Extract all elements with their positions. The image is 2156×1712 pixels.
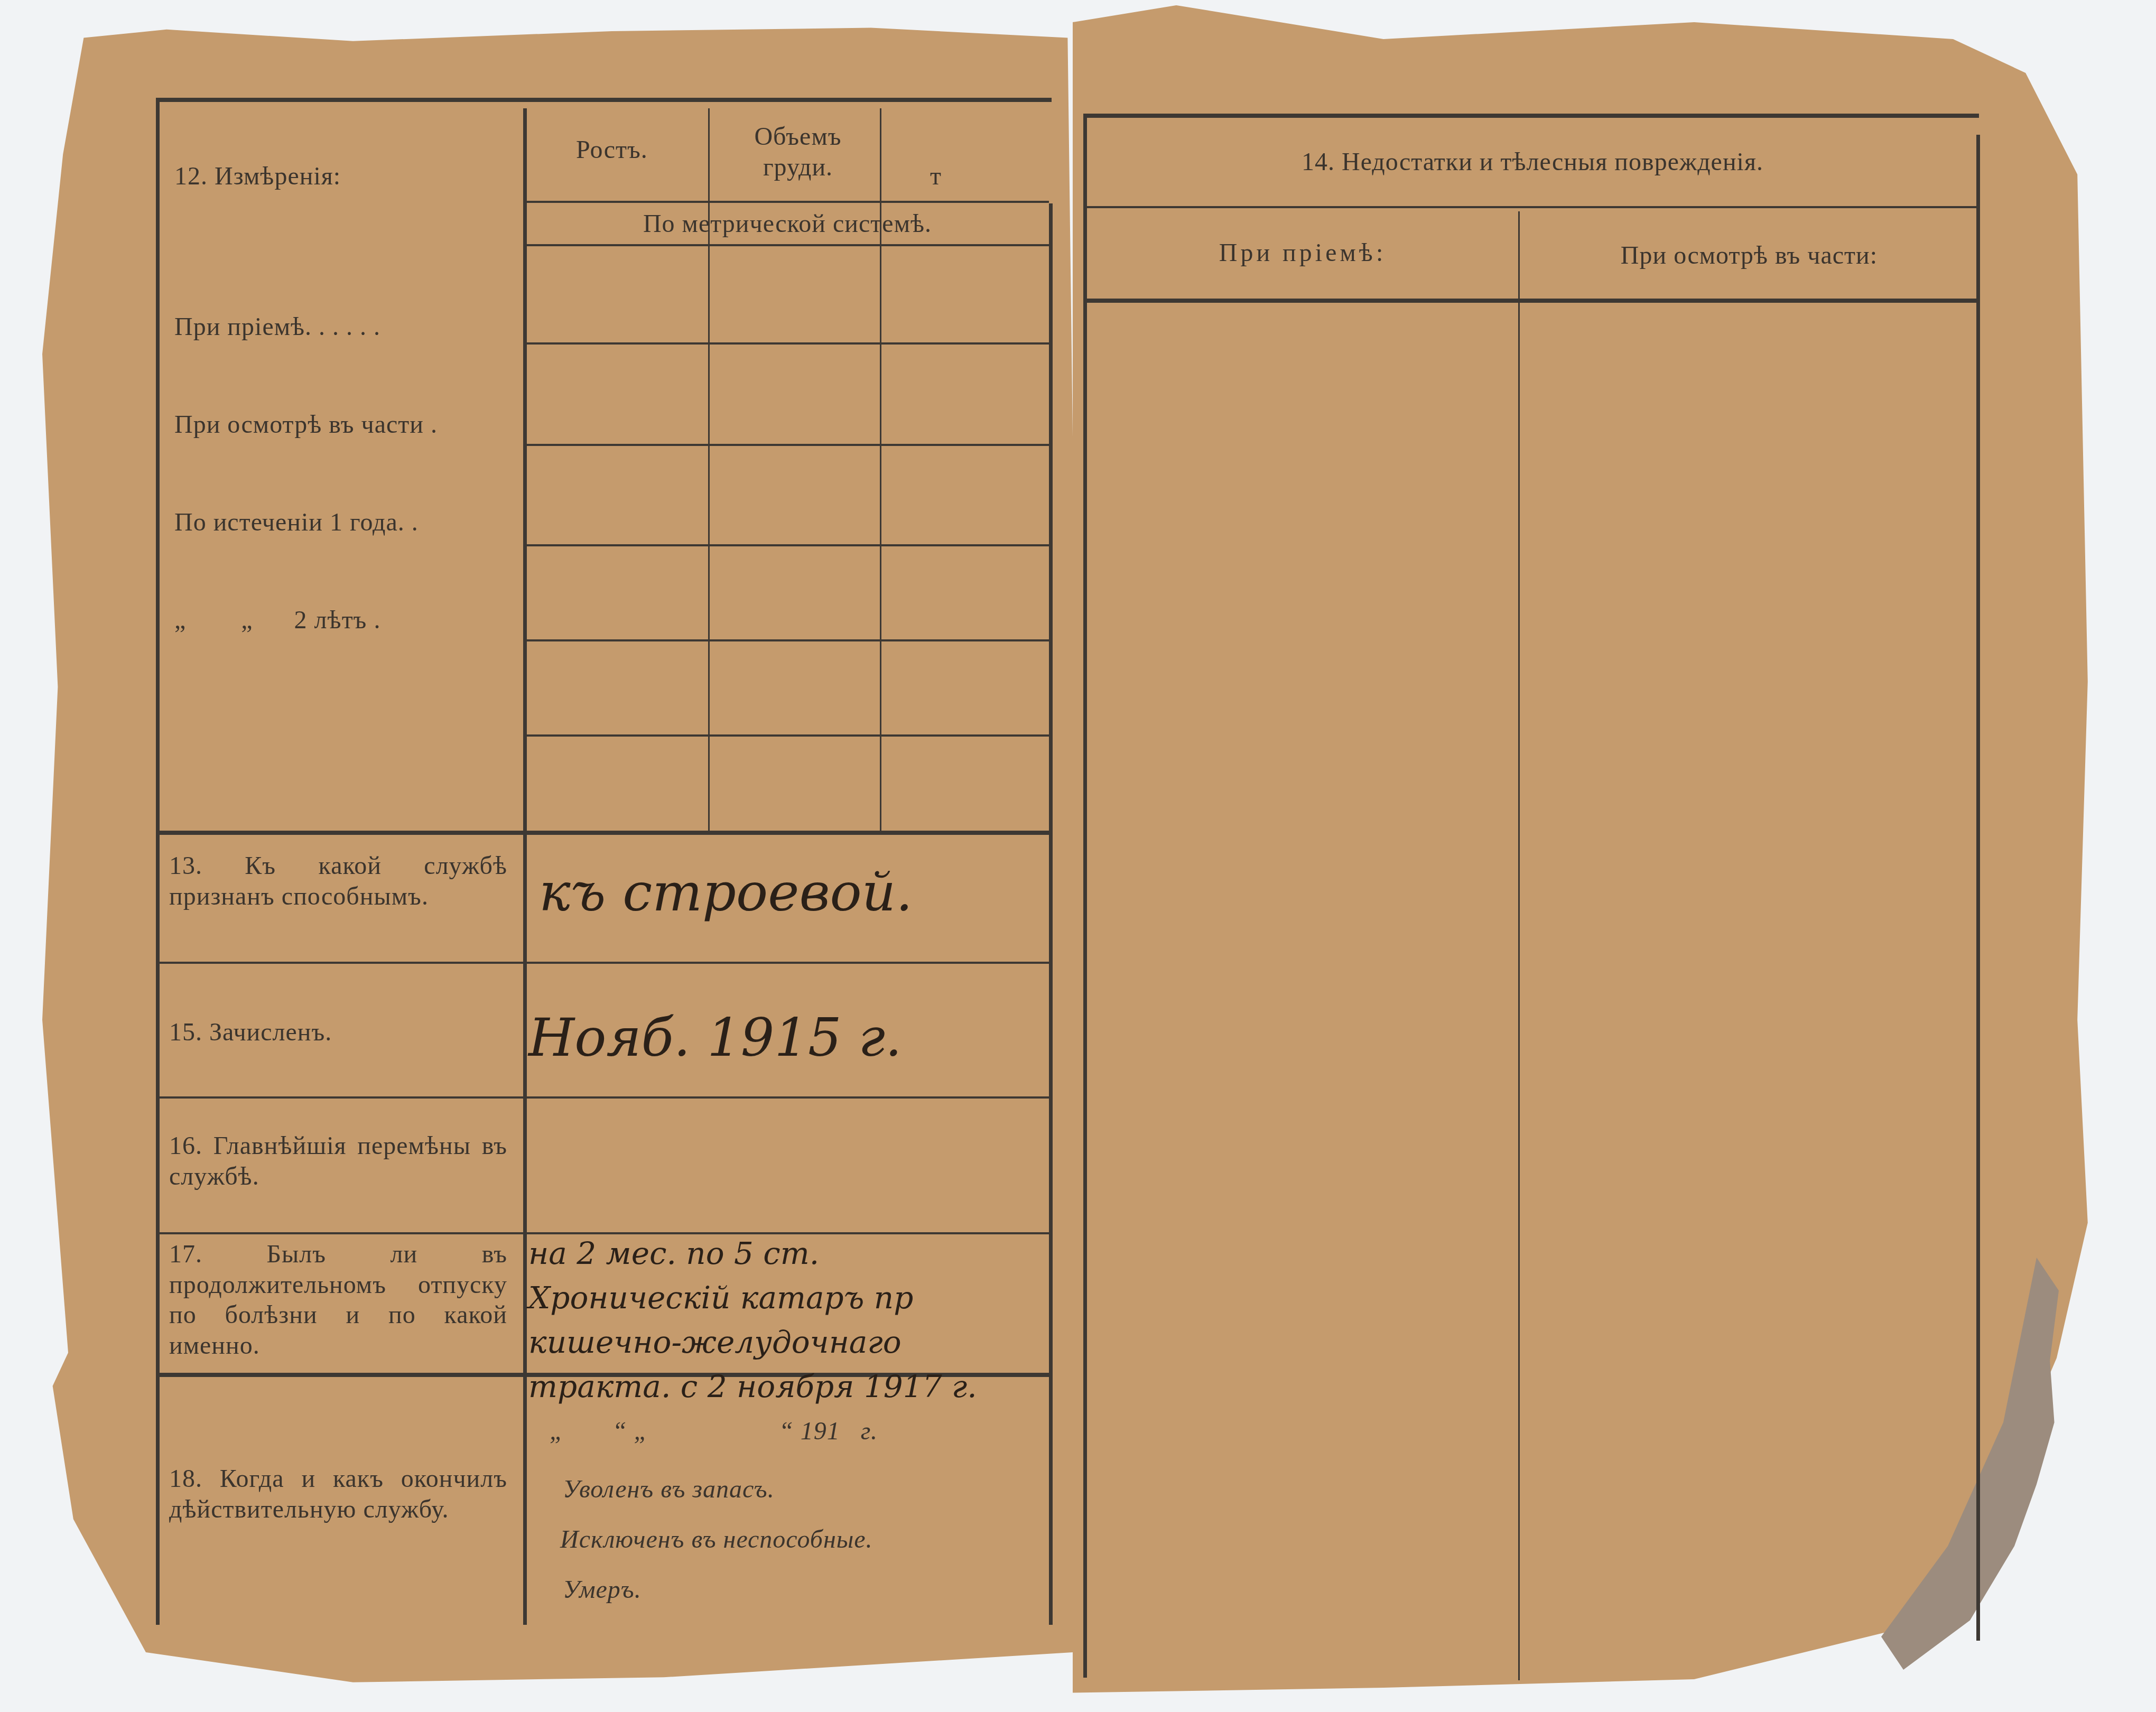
metric-subheader-line <box>526 244 1049 246</box>
section17-line: кишечно-желудочнаго <box>528 1320 977 1364</box>
right-header-line <box>1086 206 1979 208</box>
section13-handwritten-value: къ строевой. <box>539 861 913 923</box>
right-table-right-border <box>1976 135 1980 1641</box>
section-divider-16 <box>159 1096 1052 1099</box>
table-right-border <box>1049 203 1053 1625</box>
table-top-border <box>159 98 1052 102</box>
section15-handwritten-value: Нояб. 1915 г. <box>528 1007 902 1068</box>
col-height: Ростъ. <box>576 135 648 165</box>
right-subheader-line <box>1086 299 1979 303</box>
section16-label: 16. Главнѣйшія перемѣны въ службѣ. <box>169 1131 507 1192</box>
col-on-admission: При пріемѣ: <box>1089 238 1517 268</box>
section17-line: тракта. с 2 ноября 1917 г. <box>528 1364 977 1409</box>
section-divider-15 <box>159 962 1052 964</box>
option-excluded-unfit: Исключенъ въ неспособные. <box>560 1524 873 1555</box>
row-line <box>526 342 1049 345</box>
col-chest: Объемъ груди. <box>729 122 867 182</box>
option-discharged-to-reserve: Уволенъ въ запасъ. <box>563 1474 775 1505</box>
section-divider-13 <box>159 831 1052 835</box>
row-after-2-years: „ „ 2 лѣтъ . <box>174 605 380 636</box>
right-col-divider <box>1518 211 1520 1680</box>
section15-label: 15. Зачисленъ. <box>169 1017 332 1048</box>
section17-line: Хроническій катаръ пр <box>528 1276 977 1320</box>
row-line <box>526 444 1049 446</box>
option-died: Умеръ. <box>563 1575 642 1605</box>
row-after-1-year: По истеченіи 1 года. . <box>174 507 419 538</box>
metric-header-line <box>526 201 1049 203</box>
section17-line: на 2 мес. по 5 ст. <box>528 1231 977 1276</box>
section18-label: 18. Когда и какъ окончилъ дѣйствительную… <box>169 1464 507 1524</box>
row-on-admission: При пріемѣ. . . . . . <box>174 312 380 342</box>
col-unit-inspection: При осмотрѣ въ части: <box>1522 240 1976 271</box>
table-left-border <box>156 98 160 1625</box>
right-table-left-border <box>1083 114 1087 1678</box>
section18-date-line: „ “ „ “ 191 г. <box>550 1416 878 1447</box>
metric-subheader: По метрической системѣ. <box>528 209 1046 239</box>
section14-title: 14. Недостатки и тѣлесныя поврежденія. <box>1089 147 1976 178</box>
section12-label: 12. Измѣренія: <box>174 161 341 192</box>
label-column-divider <box>523 108 527 1625</box>
col-partial: т <box>930 161 942 192</box>
row-line <box>526 734 1049 737</box>
right-table-top-border <box>1086 114 1979 118</box>
row-line <box>526 544 1049 546</box>
section17-handwritten-value: на 2 мес. по 5 ст. Хроническій катаръ пр… <box>528 1231 977 1409</box>
row-unit-inspection: При осмотрѣ въ части . <box>174 410 438 440</box>
row-line <box>526 639 1049 641</box>
section17-label: 17. Былъ ли въ продолжительномъ отпуску … <box>169 1239 507 1361</box>
section13-label: 13. Къ какой службѣ признанъ способнымъ. <box>169 851 507 911</box>
